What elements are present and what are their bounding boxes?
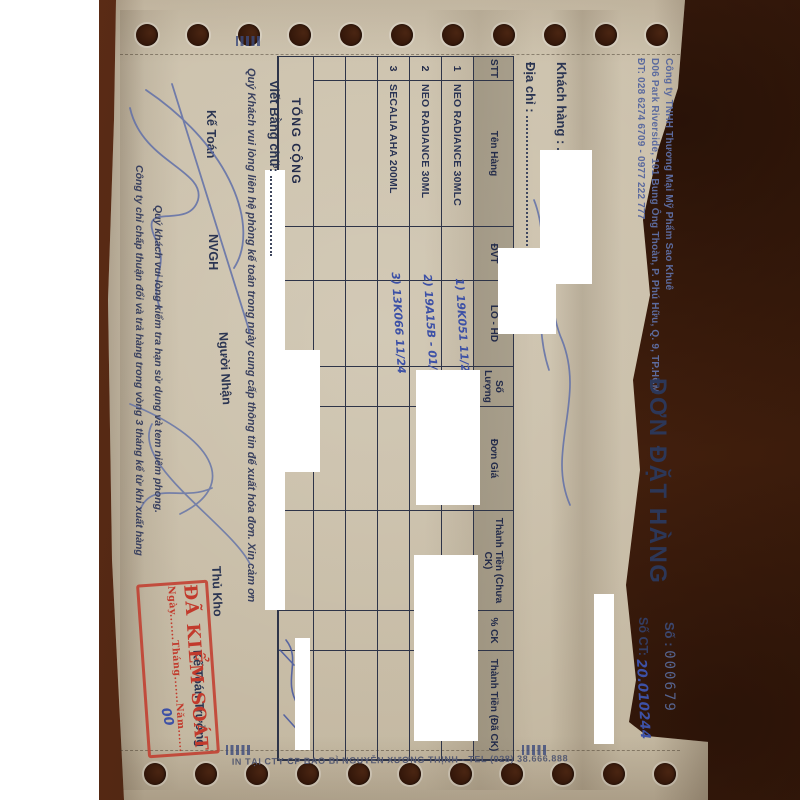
row-2-stt: 2	[409, 57, 441, 81]
perforation-hole	[297, 763, 319, 785]
redaction-box	[295, 638, 310, 750]
perforation-hole	[187, 24, 209, 46]
perforation-hole	[348, 763, 370, 785]
redaction-box	[498, 248, 556, 334]
controlled-stamp: ĐÃ KIỂM SOÁT Ngày.......Tháng.......Năm.…	[136, 580, 220, 759]
row-1-stt: 1	[441, 57, 473, 81]
col-header-thanh-tien-chua-ck: Thành Tiền (Chưa CK)	[473, 511, 513, 611]
form-title: ĐƠN ĐẶT HÀNG	[643, 378, 671, 584]
perforation-hole	[136, 24, 158, 46]
perforation-hole	[144, 763, 166, 785]
customer-address-label: Địa chỉ :	[523, 62, 538, 113]
col-header-pct-ck: % CK	[473, 611, 513, 651]
row-2-product: NEO RADIANCE 30ML	[409, 81, 441, 227]
form-number-value: 000679	[661, 650, 677, 713]
redaction-left-strip	[0, 0, 99, 800]
perforation-hole	[450, 763, 472, 785]
amount-in-words-label: Viết Bằng chữ:	[267, 80, 282, 172]
perforation-hole	[595, 24, 617, 46]
perforation-hole	[552, 763, 574, 785]
row-3-stt: 3	[377, 57, 409, 81]
col-header-ten-hang: Tên Hàng	[473, 81, 513, 227]
note-check-expiry: Quý khách vui lòng kiểm tra hạn sử dụng …	[152, 205, 164, 513]
perforation-hole	[544, 24, 566, 46]
redaction-box	[594, 594, 614, 744]
photo-of-order-form: Công ty TNHH Thương Mại Mỹ Phẩm Sao Khuê…	[0, 0, 800, 800]
perforation-hole	[493, 24, 515, 46]
redaction-box	[414, 555, 478, 741]
print-registration-mark	[226, 745, 250, 755]
perforation-hole	[289, 24, 311, 46]
row-1-product: NEO RADIANCE 30MLC	[441, 81, 473, 227]
row-3-product: SECALIA AHA 200ML	[377, 81, 409, 227]
amount-in-words-line: Viết Bằng chữ:	[267, 80, 283, 256]
perforation-hole	[399, 763, 421, 785]
perforation-hole	[646, 24, 668, 46]
col-header-stt: STT	[473, 57, 513, 81]
col-header-thanh-tien-da-ck: Thành Tiền (Đã CK)	[473, 651, 513, 760]
perforation-tear-line	[120, 54, 680, 55]
perforation-hole	[340, 24, 362, 46]
perforation-hole	[501, 763, 523, 785]
perforation-hole	[391, 24, 413, 46]
document-number-handwritten: 20.010244	[633, 659, 653, 740]
perforation-hole	[603, 763, 625, 785]
redaction-box	[416, 370, 480, 505]
print-registration-mark	[236, 36, 260, 46]
redaction-box	[280, 350, 320, 472]
perforation-hole	[654, 763, 676, 785]
dotted-leader	[270, 176, 283, 256]
form-number-line: Số : 000679	[661, 622, 677, 713]
customer-name-label: Khách hàng :	[554, 62, 569, 144]
order-form: Công ty TNHH Thương Mại Mỹ Phẩm Sao Khuê…	[120, 10, 680, 790]
document-number-line: Số CT: 20.010244	[635, 617, 651, 740]
document-number-label: Số CT:	[636, 617, 650, 656]
form-number-label: Số :	[662, 622, 677, 647]
perforation-hole	[442, 24, 464, 46]
note-return-policy: Công ty chỉ chấp thuận đổi và trả hàng t…	[133, 165, 145, 556]
